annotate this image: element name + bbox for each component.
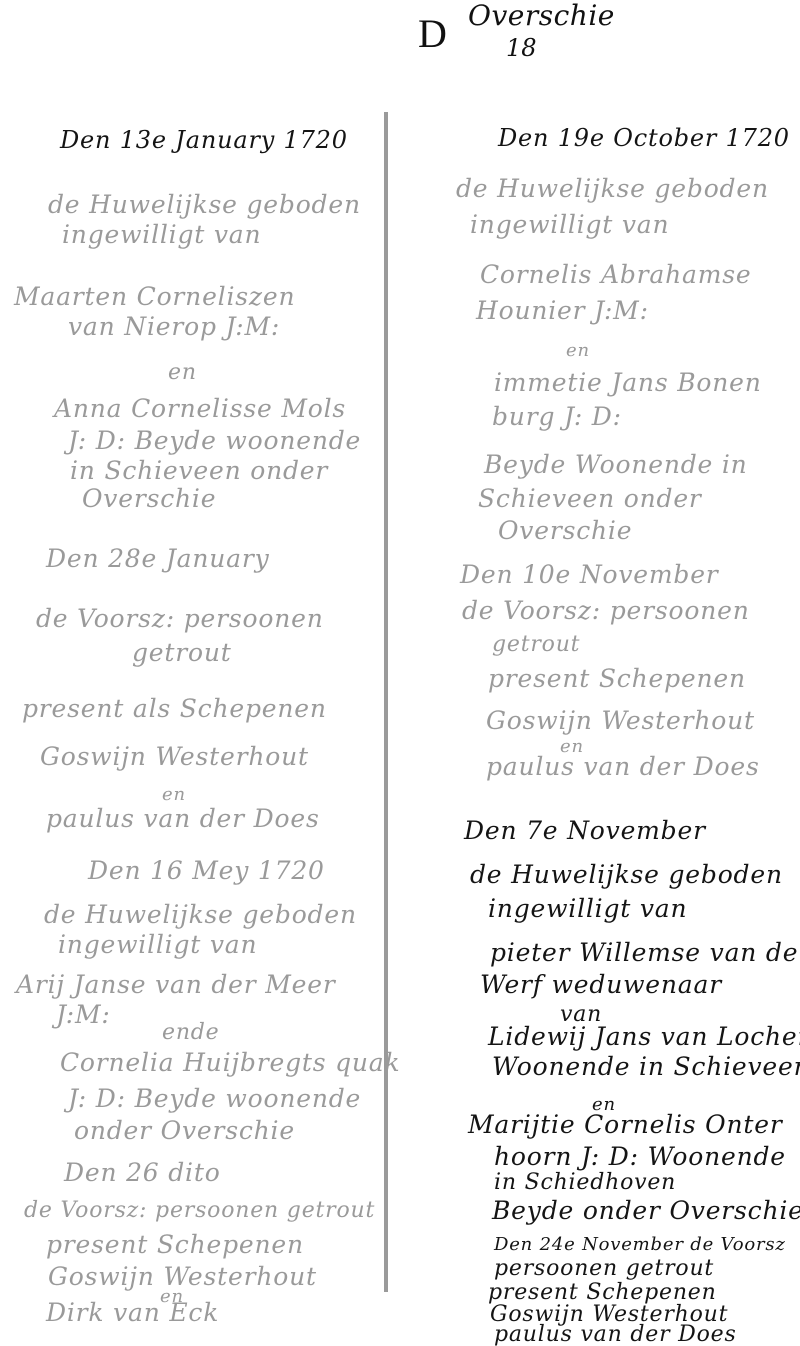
handwritten-line: persoonen getrout: [494, 1258, 714, 1280]
handwritten-line: immetie Jans Bonen: [494, 370, 762, 395]
handwritten-line: paulus van der Does: [486, 754, 760, 779]
handwritten-line: de Voorsz: persoonen: [462, 598, 750, 623]
handwritten-line: present Schepenen: [488, 666, 746, 691]
handwritten-line: hoorn J: D: Woonende: [494, 1144, 786, 1169]
handwritten-line: Beyde onder Overschie: [492, 1198, 800, 1223]
handwritten-line: de Huwelijkse geboden: [48, 192, 361, 217]
handwritten-line: Goswijn Westerhout: [40, 744, 309, 769]
handwritten-line: van Nierop J:M:: [68, 314, 280, 339]
handwritten-line: J: D: Beyde woonende: [68, 1086, 361, 1111]
handwritten-line: Hounier J:M:: [476, 298, 649, 323]
handwritten-line: Anna Cornelisse Mols: [54, 396, 346, 421]
handwritten-line: ende: [162, 1022, 220, 1044]
handwritten-line: onder Overschie: [74, 1118, 295, 1143]
handwritten-line: Overschie: [82, 486, 216, 511]
handwritten-line: in Schieveen onder: [70, 458, 328, 483]
handwritten-line: Den 24e November de Voorsz: [494, 1236, 786, 1254]
handwritten-line: Arij Janse van der Meer: [16, 972, 336, 997]
handwritten-line: present Schepenen: [46, 1232, 304, 1257]
handwritten-line: de Huwelijkse geboden: [44, 902, 357, 927]
handwritten-line: J: D: Beyde woonende: [68, 428, 361, 453]
handwritten-line: Den 19e October 1720: [498, 126, 790, 150]
handwritten-line: de Huwelijkse geboden: [456, 176, 769, 201]
handwritten-line: en: [566, 342, 590, 360]
column-divider: [384, 112, 388, 1292]
handwritten-line: ingewilligt van: [58, 932, 257, 957]
handwritten-line: de Voorsz: persoonen: [36, 606, 324, 631]
handwritten-line: en: [168, 362, 197, 384]
handwritten-line: Den 28e January: [46, 546, 270, 571]
handwritten-line: en: [162, 786, 186, 804]
handwritten-line: getrout: [492, 634, 580, 656]
handwritten-line: paulus van der Does: [494, 1324, 737, 1346]
handwritten-line: Den 26 dito: [64, 1160, 221, 1185]
handwritten-line: present Schepenen: [488, 1282, 717, 1304]
handwritten-line: Lidewij Jans van Lochem: [488, 1024, 800, 1049]
place-name: Overschie: [468, 2, 615, 30]
page-number: 18: [506, 36, 537, 60]
handwritten-line: present als Schepenen: [22, 696, 327, 721]
archive-letter: D: [418, 14, 447, 54]
handwritten-line: Woonende in Schieveen: [492, 1054, 800, 1079]
handwritten-line: de Voorsz: persoonen getrout: [24, 1200, 375, 1222]
handwritten-line: Maarten Corneliszen: [14, 284, 295, 309]
handwritten-line: Cornelia Huijbregts quak: [60, 1050, 400, 1075]
register-page: D Overschie 18 Den 13e January 1720de Hu…: [0, 0, 800, 1346]
handwritten-line: Marijtie Cornelis Onter: [468, 1112, 783, 1137]
handwritten-line: ingewilligt van: [470, 212, 669, 237]
handwritten-line: Den 7e November: [464, 818, 706, 843]
handwritten-line: paulus van der Does: [46, 806, 320, 831]
handwritten-line: Den 13e January 1720: [60, 128, 348, 152]
handwritten-line: Goswijn Westerhout: [486, 708, 755, 733]
handwritten-line: de Huwelijkse geboden: [470, 862, 783, 887]
handwritten-line: pieter Willemse van der: [490, 940, 800, 965]
handwritten-line: Overschie: [498, 518, 632, 543]
handwritten-line: Werf weduwenaar: [480, 972, 722, 997]
handwritten-line: Den 16 Mey 1720: [88, 858, 325, 883]
handwritten-line: Den 10e November: [460, 562, 719, 587]
handwritten-line: Beyde Woonende in: [484, 452, 748, 477]
handwritten-line: burg J: D:: [492, 404, 622, 429]
handwritten-line: Schieveen onder: [478, 486, 702, 511]
handwritten-line: Dirk van Eck: [46, 1300, 219, 1325]
handwritten-line: in Schiedhoven: [494, 1172, 676, 1194]
handwritten-line: ingewilligt van: [62, 222, 261, 247]
handwritten-line: getrout: [132, 640, 232, 665]
handwritten-line: J:M:: [56, 1002, 111, 1027]
handwritten-line: Cornelis Abrahamse: [480, 262, 751, 287]
handwritten-line: ingewilligt van: [488, 896, 687, 921]
